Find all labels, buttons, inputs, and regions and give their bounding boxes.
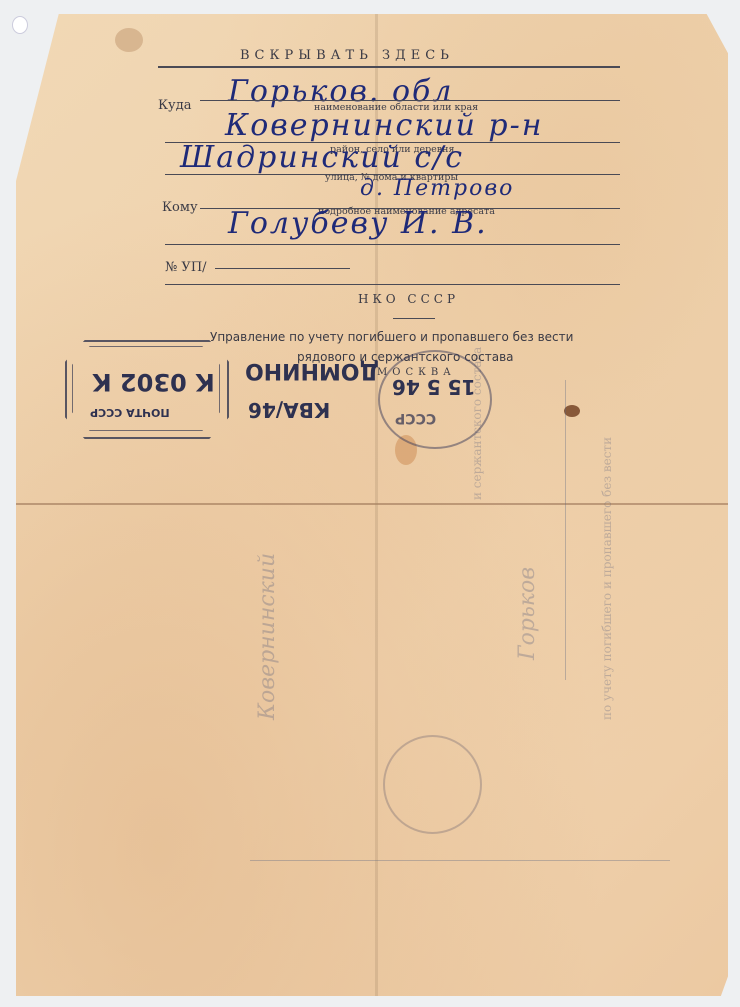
up-label: № УП/: [165, 260, 207, 275]
bleed-through-text: Ковернинский: [255, 553, 280, 720]
up-rule: [215, 268, 350, 269]
komu-label: Кому: [162, 200, 198, 215]
stain: [564, 405, 580, 417]
postage-stamp-caption: ПОЧТА СССР: [90, 406, 170, 419]
handwritten-street: д. Петрово: [360, 176, 514, 201]
handwritten-village: Шадринский с/с: [180, 140, 464, 175]
handwritten-rayon: Ковернинский р-н: [225, 108, 544, 143]
bleed-through-text: по учету погибшего и пропавшего без вест…: [600, 437, 614, 720]
sender-org: НКО СССР: [358, 292, 459, 306]
kuda-label: Куда: [158, 98, 191, 113]
date-stamp-country: СССР: [395, 410, 436, 426]
open-here-header: ВСКРЫВАТЬ ЗДЕСЬ: [240, 48, 454, 63]
rect-stamp-line1: ДОМНИНО: [245, 358, 379, 383]
postage-stamp-number: К 0302 К: [92, 368, 215, 396]
addressee-rule: [165, 244, 620, 245]
horizontal-fold: [16, 503, 728, 505]
stain: [115, 28, 143, 52]
faint-round-stamp: [383, 735, 482, 834]
handwritten-addressee: Голубеву И. В.: [228, 206, 488, 241]
right-faint-vertical-rule: [565, 380, 566, 680]
punch-hole: [12, 16, 28, 34]
bleed-through-text: Горьков: [515, 567, 540, 660]
up-bottom-rule: [165, 284, 620, 285]
sender-divider: [393, 318, 435, 319]
date-stamp-date: 15 5 46: [392, 375, 476, 399]
bottom-faint-rule: [250, 860, 670, 861]
header-rule: [158, 66, 620, 68]
sender-line1: Управление по учету погибшего и пропавше…: [210, 330, 573, 344]
rect-stamp-line2: КВА/46: [248, 398, 330, 422]
round-date-stamp: [378, 350, 492, 449]
oblast-rule: [200, 100, 620, 101]
